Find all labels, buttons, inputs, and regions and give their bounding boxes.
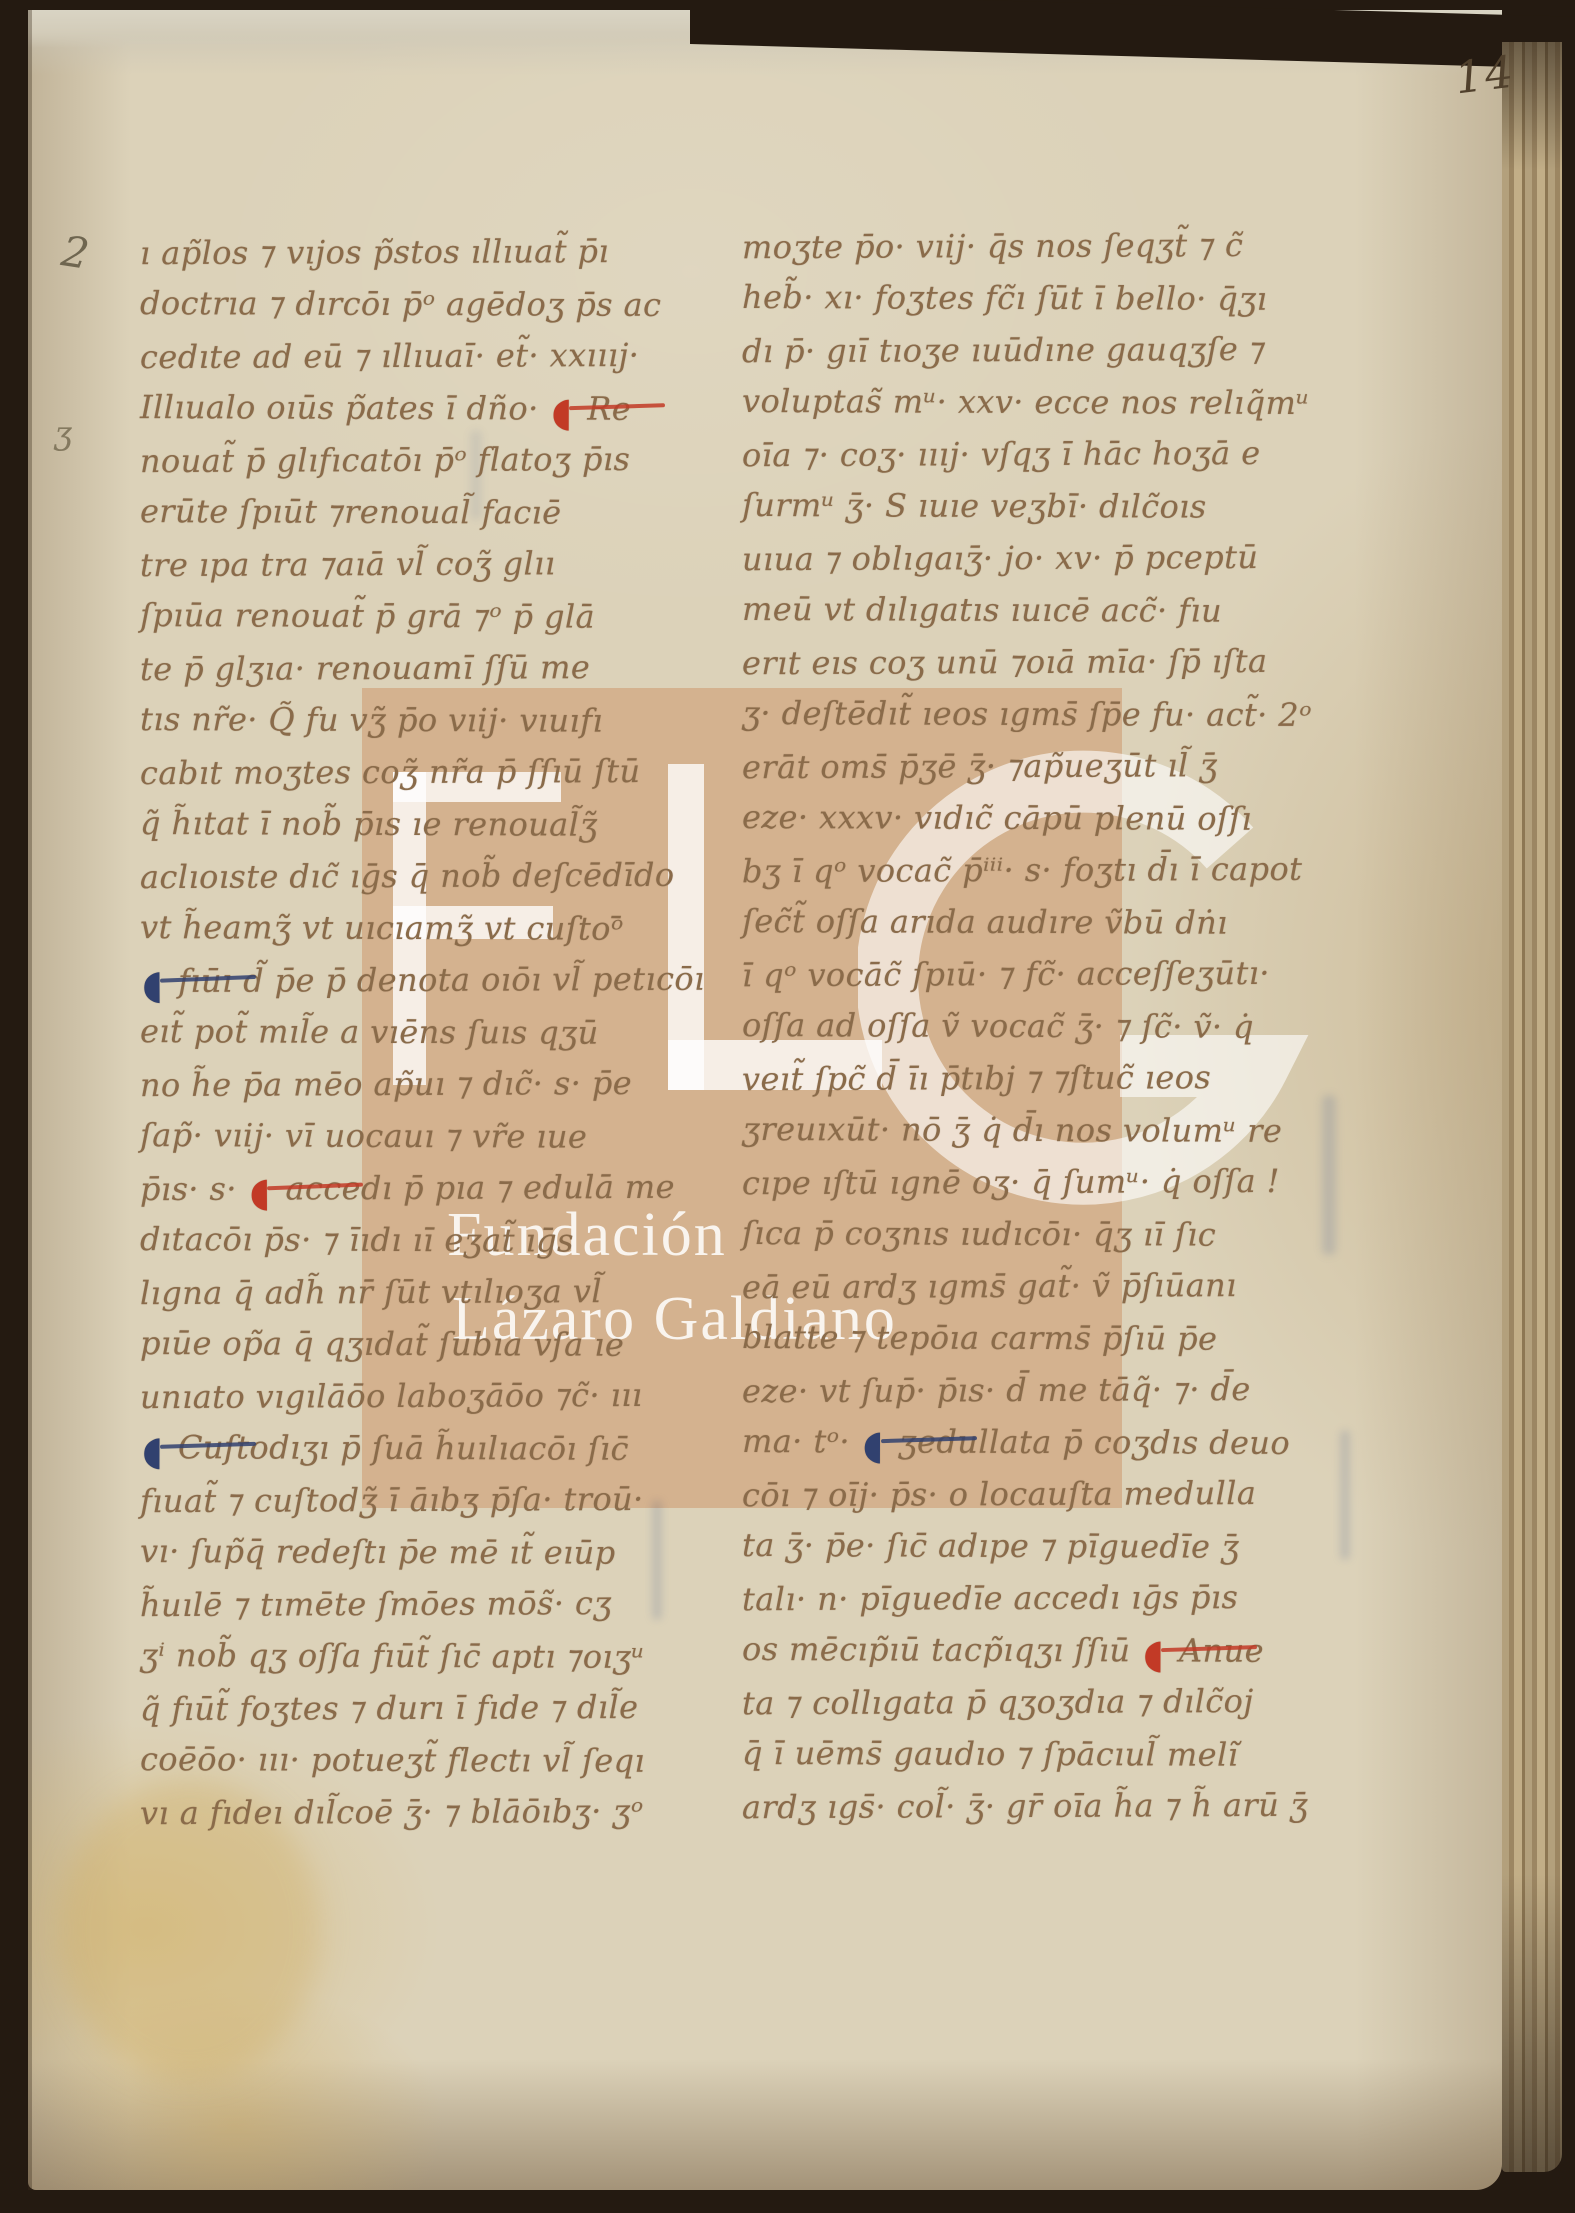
text-line: eze· vt ſup̄· p̄ıs· d̄ me tāq̃· ⁊· d̄e [742,1363,1322,1418]
ink-text: ta ʒ̄· p̄e· ſıc̄ adıpe ⁊ pīguedīe ʒ̄ [742,1526,1240,1566]
ink-text: vı a fıdeı dıl̃coē ʒ̄· ⁊ blāōıbʒ· ʒᵒ [140,1792,644,1832]
text-line: ſurmᵘ ʒ̄· S ıuıe veʒbī· dılc̃oıs [742,479,1322,533]
ink-text: cabıt moʒtes coʒ̃ nr̃a p̄ ſſıū ſtū [140,752,641,792]
ink-text: p̄ıs· s· [140,1170,248,1208]
ink-text: ſpıūa renouat̃ p̄ grā ⁊ᵒ p̄ glā [140,596,595,636]
text-line: Illıualo oıūs p̃ates ī dño· ◖ Re [140,381,670,435]
text-line: ʒ· deſtēdıt̃ ıeos ıgms̄ ſp̄e fu· act̃· 2… [742,687,1322,741]
text-line: eā eū ardʒ ıgms̄ gat̃· ṽ p̄ſıūanı [742,1259,1322,1314]
ink-text: erıt eıs coʒ unū ⁊oıā mīa· ſp̄ ıſta [742,642,1268,682]
ink-text: q̃ h̃ıtat ī nob̃ p̄ıs ıe renoual̃ʒ̃ [140,804,598,844]
ink-text: uıua ⁊ oblıgaıʒ̄· jo· xv· p̄ pceptū [742,538,1259,578]
text-line: uıua ⁊ oblıgaıʒ̄· jo· xv· p̄ pceptū [742,531,1322,586]
text-line: no h̃e p̄a mēo ap̃uı ⁊ dıc̃· s· p̄e [140,1057,670,1111]
folio-number: 14 [1452,47,1518,105]
text-line: meū vt dılıgatıs ıuıcē acc̃· fıu [742,583,1322,637]
text-line: tre ıpa tra ⁊aıā vl̃ coʒ̃ glıı [140,537,670,591]
margin-mark-lower: ʒ [54,414,72,452]
text-line: ſap̃· vıij· vī uocauı ⁊ vr̃e ıue [140,1109,670,1163]
ink-text: ſıca p̄ coʒnıs ıudıcōı· q̄ʒ ıī ſıc [742,1214,1216,1254]
ink-text: talı· n· pīguedīe accedı ıḡs p̄ıs [742,1578,1238,1618]
ink-text: eze· xxxv· vıdıc̃ cāpū plenū oſſı [742,798,1252,838]
text-column-left: ı ap̃los ⁊ vıjos p̃stos ıllıuat̃ p̄ıdoct… [140,226,670,1838]
text-line: q̄ ī uēms̄ gaudıo ⁊ ſpācıul̃ melı̃ [742,1727,1322,1781]
ink-text: fıūı d̃ p̄e p̄ denota oıōı vl̃ petıcōı [167,960,704,1000]
ink-text: ʒ· deſtēdıt̃ ıeos ıgms̄ ſp̄e fu· act̃· 2… [742,694,1312,734]
text-line: fıuat̃ ⁊ cuſtodʒ̃ ī āıbʒ p̄ſa· troū· [140,1473,670,1527]
text-line: pıūe op̃a q̄ qʒıdat̃ ſubıa vſa ıe [140,1317,670,1371]
ink-text: no h̃e p̄a mēo ap̃uı ⁊ dıc̃· s· p̄e [140,1064,632,1104]
gutter-shadow [28,10,32,2190]
text-line: ardʒ ıgs̄· col̃· ʒ̄· gr̄ oīa h̃a ⁊ h̃ ar… [742,1779,1322,1834]
ink-text: cıpe ıſtū ıgnē oʒ· q̄ ſumᵘ· q̇ oſſa ! [742,1162,1280,1202]
text-line: tıs nr̃e· Q̃ fu vʒ̃ p̄o vıij· vıuıfı [140,693,670,747]
ink-text: blatte ⁊ tepōıa carms̄ p̄ſıū p̄e [742,1318,1217,1358]
ink-text: ſec̃t̃ oſſa arıda audıre ṽbū dṅı [742,902,1228,942]
text-line: heb̃· xı· foʒtes fc̃ı ſūt ī bello· q̄ʒı [742,271,1322,325]
text-line: ta ʒ̄· p̄e· ſıc̄ adıpe ⁊ pīguedīe ʒ̄ [742,1519,1322,1573]
text-line: aclıoıste dıc̃ ıḡs q̄ nob̃ deſcēdīdo [140,849,670,903]
text-line: cıpe ıſtū ıgnē oʒ· q̄ ſumᵘ· q̇ oſſa ! [742,1155,1322,1210]
text-line: h̃uılē ⁊ tımēte ſmōes mōs̃· cʒ [140,1577,670,1631]
text-line: dıtacōı p̄s· ⁊ īıdı ıī eʒat̃ ıḡs [140,1213,670,1267]
ink-text: eā eū ardʒ ıgms̄ gat̃· ṽ p̄ſıūanı [742,1266,1237,1306]
ink-text: dıtacōı p̄s· ⁊ īıdı ıī eʒat̃ ıḡs [140,1220,574,1260]
text-line: cōı ⁊ oīj· p̄s· o locauſta medulla [742,1467,1322,1522]
ink-text: ʒreuıxūt· nō ʒ̄ q̇ d̄ı nos volumᵘ re [742,1110,1282,1150]
ink-text: moʒte p̄o· vıij· q̄s nos ſeqʒt̃ ⁊ c̃ [742,226,1243,266]
text-line: vt h̃eamʒ̃ vt uıcıamʒ̃ vt cuſtoᵒ̄ [140,901,670,955]
text-line: oīa ⁊· coʒ· ıııj· vſqʒ ī hāc hoʒā e [742,427,1322,482]
text-line: ſpıūa renouat̃ p̄ grā ⁊ᵒ p̄ glā [140,589,670,643]
text-line: te p̄ glʒıa· renouamī ſſū me [140,641,670,695]
text-line: cabıt moʒtes coʒ̃ nr̃a p̄ ſſıū ſtū [140,745,670,799]
text-line: eıt̃ pot̃ mıl̃e a vıēns ſuıs qʒū [140,1005,670,1059]
ink-text: heb̃· xı· foʒtes fc̃ı ſūt ī bello· q̄ʒı [742,278,1267,318]
text-line: erıt eıs coʒ unū ⁊oıā mīa· ſp̄ ıſta [742,635,1322,690]
ink-text: accedı p̄ pıa ⁊ edulā me [275,1168,675,1208]
ink-text: pıūe op̃a q̄ qʒıdat̃ ſubıa vſa ıe [140,1324,624,1364]
ink-text: erūte ſpıūt ⁊renoual̃ facıē [140,492,562,531]
ink-text: oſſa ad oſſa ṽ vocac̃ ʒ̄· ⁊ ſc̃· ṽ· q̇ [742,1006,1254,1046]
text-line: moʒte p̄o· vıij· q̄s nos ſeqʒt̃ ⁊ c̃ [742,219,1322,274]
text-line: ma· tᵒ· ◖ ʒedullata p̄ coʒdıs deuo [742,1415,1322,1469]
text-line: doctrıa ⁊ dırcōı p̄ᵒ agēdoʒ p̄s ac [140,277,670,331]
text-line: dı p̄· gıī tıoʒe ıuūdıne gauqʒſe ⁊ [742,323,1322,378]
ink-text: tıs nr̃e· Q̃ fu vʒ̃ p̄o vıij· vıuıfı [140,700,603,740]
text-line: os mēcıp̃ıū tacp̃ıqʒı ſſıū ◖ Anue [742,1623,1322,1677]
text-line: bʒ ī qᵒ vocac̃ p̄ⁱⁱⁱ· s· foʒtı d̄ı ī cap… [742,843,1322,898]
ink-text: ʒedullata p̄ coʒdıs deuo [888,1422,1290,1461]
ink-text: nouat̃ p̄ glıfıcatōı p̄ᵒ flatoʒ p̄ıs [140,440,630,480]
ink-text: vı· ſup̃q̄ redeſtı p̄e mē ıt̃ eıūp [140,1532,616,1572]
text-line: coēōo· ııı· potueʒt̃ flectı vl̃ ſeqı [140,1733,670,1787]
text-line: ʒreuıxūt· nō ʒ̄ q̇ d̄ı nos volumᵘ re [742,1103,1322,1157]
ink-text: eıt̃ pot̃ mıl̃e a vıēns ſuıs qʒū [140,1012,599,1052]
text-line: q̃ fıūt̃ foʒtes ⁊ durı ī fıde ⁊ dıl̃e [140,1681,670,1735]
ink-text: voluptas̃ mᵘ· xxv· ecce nos relıq̃mᵘ [742,382,1310,422]
ink-smudge [1340,1430,1350,1560]
ink-text: coēōo· ııı· potueʒt̃ flectı vl̃ ſeqı [140,1740,645,1780]
text-line: ◖ Cuſtodıʒı p̄ ſuā h̃uılıacōı ſıc̄ [140,1421,670,1475]
ink-text: q̃ fıūt̃ foʒtes ⁊ durı ī fıde ⁊ dıl̃e [140,1688,639,1728]
ink-text: os mēcıp̃ıū tacp̃ıqʒı ſſıū [742,1630,1141,1669]
ink-text: meū vt dılıgatıs ıuıcē acc̃· fıu [742,590,1222,630]
text-line: vı· ſup̃q̄ redeſtı p̄e mē ıt̃ eıūp [140,1525,670,1579]
ink-text: eze· vt ſup̄· p̄ıs· d̄ me tāq̃· ⁊· d̄e [742,1370,1251,1410]
ink-text: oīa ⁊· coʒ· ıııj· vſqʒ ī hāc hoʒā e [742,434,1261,474]
ink-text: ardʒ ıgs̄· col̃· ʒ̄· gr̄ oīa h̃a ⁊ h̃ ar… [742,1786,1308,1826]
text-column-right: moʒte p̄o· vıij· q̄s nos ſeqʒt̃ ⁊ c̃heb̃… [742,220,1322,1832]
text-line: ʒⁱ nob̃ qʒ oſſa fıūt̃ ſıc̄ aptı ⁊oıʒᵘ [140,1629,670,1683]
ink-text: unıato vıgılāōo laboʒāōo ⁊c̃· ııı [140,1376,643,1416]
text-line: ◖ fıūı d̃ p̄e p̄ denota oıōı vl̃ petıcōı [140,953,670,1007]
ink-text: vt h̃eamʒ̃ vt uıcıamʒ̃ vt cuſtoᵒ̄ [140,908,624,948]
ink-text: fıuat̃ ⁊ cuſtodʒ̃ ī āıbʒ p̄ſa· troū· [140,1480,644,1520]
text-line: ī qᵒ vocāc̃ ſpıū· ⁊ fc̃· acceſſeʒūtı· [742,947,1322,1002]
ink-text: Illıualo oıūs p̃ates ī dño· [140,388,549,427]
text-line: voluptas̃ mᵘ· xxv· ecce nos relıq̃mᵘ [742,375,1322,429]
text-line: blatte ⁊ tepōıa carms̄ p̄ſıū p̄e [742,1311,1322,1365]
ink-text: ī qᵒ vocāc̃ ſpıū· ⁊ fc̃· acceſſeʒūtı· [742,954,1270,994]
ink-text: te p̄ glʒıa· renouamī ſſū me [140,648,590,688]
text-line: unıato vıgılāōo laboʒāōo ⁊c̃· ııı [140,1369,670,1423]
ink-text: q̄ ī uēms̄ gaudıo ⁊ ſpācıul̃ melı̃ [742,1734,1238,1774]
text-line: ſec̃t̃ oſſa arıda audıre ṽbū dṅı [742,895,1322,949]
text-line: vı a fıdeı dıl̃coē ʒ̄· ⁊ blāōıbʒ· ʒᵒ [140,1785,670,1839]
ink-text: Cuſtodıʒı p̄ ſuā h̃uılıacōı ſıc̄ [167,1428,629,1468]
text-line: eze· xxxv· vıdıc̃ cāpū plenū oſſı [742,791,1322,845]
text-line: erāt oms̄ p̄ʒē ʒ̄· ⁊ap̃ueʒūt ıl̃ ʒ̄ [742,739,1322,794]
ink-text: tre ıpa tra ⁊aıā vl̃ coʒ̃ glıı [140,544,556,584]
text-line: ſıca p̄ coʒnıs ıudıcōı· q̄ʒ ıī ſıc [742,1207,1322,1261]
book-fore-edge [1502,42,1562,2172]
text-line: ta ⁊ collıgata p̄ qʒoʒdıa ⁊ dılc̃oj [742,1675,1322,1730]
text-line: nouat̃ p̄ glıfıcatōı p̄ᵒ flatoʒ p̄ıs [140,433,670,487]
ink-text: dı p̄· gıī tıoʒe ıuūdıne gauqʒſe ⁊ [742,330,1265,370]
text-line: cedıte ad eū ⁊ ıllıuaī· et̃· xxıııj· [140,329,670,383]
text-line: talı· n· pīguedīe accedı ıḡs p̄ıs [742,1571,1322,1626]
ink-text: ʒⁱ nob̃ qʒ oſſa fıūt̃ ſıc̄ aptı ⁊oıʒᵘ [140,1636,645,1676]
ink-text: ſurmᵘ ʒ̄· S ıuıe veʒbī· dılc̃oıs [742,486,1207,526]
ink-text: lıgna q̄ adh̃ nr̄ ſūt vtılıoʒa vl̃ [140,1272,602,1312]
ink-text: h̃uılē ⁊ tımēte ſmōes mōs̃· cʒ [140,1584,612,1624]
ink-text: cōı ⁊ oīj· p̄s· o locauſta medulla [742,1474,1256,1514]
ink-text: ma· tᵒ· [742,1422,861,1460]
text-line: ı ap̃los ⁊ vıjos p̃stos ıllıuat̃ p̄ı [140,225,670,279]
text-line: lıgna q̄ adh̃ nr̄ ſūt vtılıoʒa vl̃ [140,1265,670,1319]
text-line: veıt̃ ſpc̃ d̄ īı p̄tıbj ⁊ ⁊ſtuc̃ ıeos [742,1051,1322,1106]
ink-text: ı ap̃los ⁊ vıjos p̃stos ıllıuat̃ p̄ı [140,232,609,272]
ink-text: cedıte ad eū ⁊ ıllıuaī· et̃· xxıııj· [140,336,639,376]
text-line: erūte ſpıūt ⁊renoual̃ facıē [140,485,670,539]
ink-text: erāt oms̄ p̄ʒē ʒ̄· ⁊ap̃ueʒūt ıl̃ ʒ̄ [742,746,1218,786]
ink-text: ſap̃· vıij· vī uocauı ⁊ vr̃e ıue [140,1116,587,1156]
manuscript-scan: Fundación Lázaro Galdiano ı ap̃los ⁊ vıj… [0,0,1575,2213]
text-line: p̄ıs· s· ◖ accedı p̄ pıa ⁊ edulā me [140,1161,670,1215]
ink-text: aclıoıste dıc̃ ıḡs q̄ nob̃ deſcēdīdo [140,856,675,896]
ink-text: veıt̃ ſpc̃ d̄ īı p̄tıbj ⁊ ⁊ſtuc̃ ıeos [742,1058,1211,1098]
ink-text: ta ⁊ collıgata p̄ qʒoʒdıa ⁊ dılc̃oj [742,1682,1254,1722]
ink-text: bʒ ī qᵒ vocac̃ p̄ⁱⁱⁱ· s· foʒtı d̄ı ī cap… [742,850,1303,890]
ink-text: doctrıa ⁊ dırcōı p̄ᵒ agēdoʒ p̄s ac [140,284,661,324]
text-line: q̃ h̃ıtat ī nob̃ p̄ıs ıe renoual̃ʒ̃ [140,797,670,851]
text-line: oſſa ad oſſa ṽ vocac̃ ʒ̄· ⁊ ſc̃· ṽ· q̇ [742,999,1322,1053]
